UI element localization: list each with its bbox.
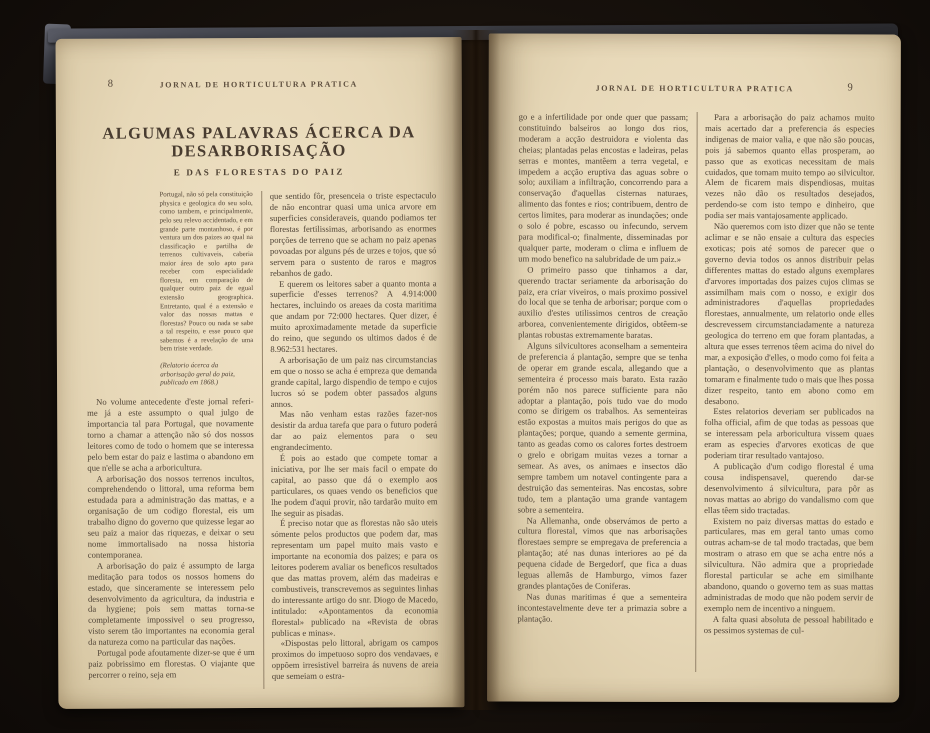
left-journal-title: JORNAL DE HORTICULTURA PRATICA (56, 79, 462, 90)
paragraph: É pois ao estado que compete tomar a ini… (271, 452, 438, 518)
paragraph: Alguns silvicultores aconselham a sement… (518, 341, 688, 516)
right-page-number: 9 (847, 82, 852, 93)
paragraph: Existem no paiz diversas mattas do estad… (704, 516, 874, 615)
paragraph: Não queremos com isto dizer que não se t… (704, 221, 874, 407)
article-title: ALGUMAS PALAVRAS ÁCERCA DA DESARBORISAÇÃ… (84, 123, 434, 161)
book-spread-photo: 8 JORNAL DE HORTICULTURA PRATICA ALGUMAS… (0, 0, 930, 733)
left-page-column-1: Portugal, não só pela constituição physi… (86, 191, 263, 690)
paragraph: A arborisação de um paiz nas circumstanc… (270, 354, 437, 409)
paragraph: O primeiro passo que tinhamos a dar, que… (518, 264, 688, 341)
right-journal-title: JORNAL DE HORTICULTURA PRATICA (489, 83, 901, 93)
paragraph: Na Allemanha, onde observámos de perto a… (517, 515, 687, 592)
right-page-column-1: go e a infertilidade por onde quer que p… (517, 112, 696, 672)
paragraph: Mas não venham estas razões fazer-nos de… (271, 409, 438, 453)
right-running-head: JORNAL DE HORTICULTURA PRATICA 9 (489, 83, 901, 102)
right-page-column-2: Para a arborisação do paiz achamos muito… (695, 112, 875, 672)
article-subtitle: E DAS FLORESTAS DO PAIZ (56, 166, 462, 178)
paragraph: E querem os leitores saber a quanto mont… (270, 278, 437, 355)
paragraph: A publicação d'um codigo florestal é uma… (704, 461, 874, 516)
paragraph: Estes relatorios deveriam ser publicados… (704, 406, 874, 461)
left-page-column-2: que sentido fôr, presenceia o triste esp… (261, 191, 439, 690)
epigraph: Portugal, não só pela constituição physi… (159, 191, 253, 354)
left-page-number: 8 (108, 79, 113, 90)
left-running-head: 8 JORNAL DE HORTICULTURA PRATICA (56, 79, 462, 99)
paragraph: A falta quasi absoluta de pessoal habili… (704, 614, 874, 636)
left-page: 8 JORNAL DE HORTICULTURA PRATICA ALGUMAS… (56, 37, 465, 709)
right-page-columns: go e a infertilidade por onde quer que p… (517, 112, 874, 673)
epigraph-source: (Relatorio ácerca da arborisação geral d… (160, 361, 253, 388)
paragraph: É preciso notar que as florestas não são… (271, 518, 438, 639)
paragraph: Portugal pode afoutamente dizer-se que é… (88, 647, 255, 680)
paragraph: go e a infertilidade por onde quer que p… (518, 112, 688, 265)
paragraph: «Dispostas pelo littoral, abrigam os cam… (272, 638, 439, 682)
paragraph: A arborisação do paiz é assumpto de larg… (88, 560, 255, 648)
left-page-columns: Portugal, não só pela constituição physi… (86, 191, 438, 691)
paragraph: No volume antecedente d'este jornal refe… (87, 396, 254, 473)
right-page: JORNAL DE HORTICULTURA PRATICA 9 go e a … (487, 33, 901, 702)
paragraph: Para a arborisação do paiz achamos muito… (705, 112, 875, 222)
paragraph: que sentido fôr, presenceia o triste esp… (270, 191, 437, 279)
paragraph: Nas dunas maritimas é que a sementeira i… (517, 591, 687, 624)
paragraph: A arborisação dos nossos terrenos incult… (87, 473, 254, 561)
